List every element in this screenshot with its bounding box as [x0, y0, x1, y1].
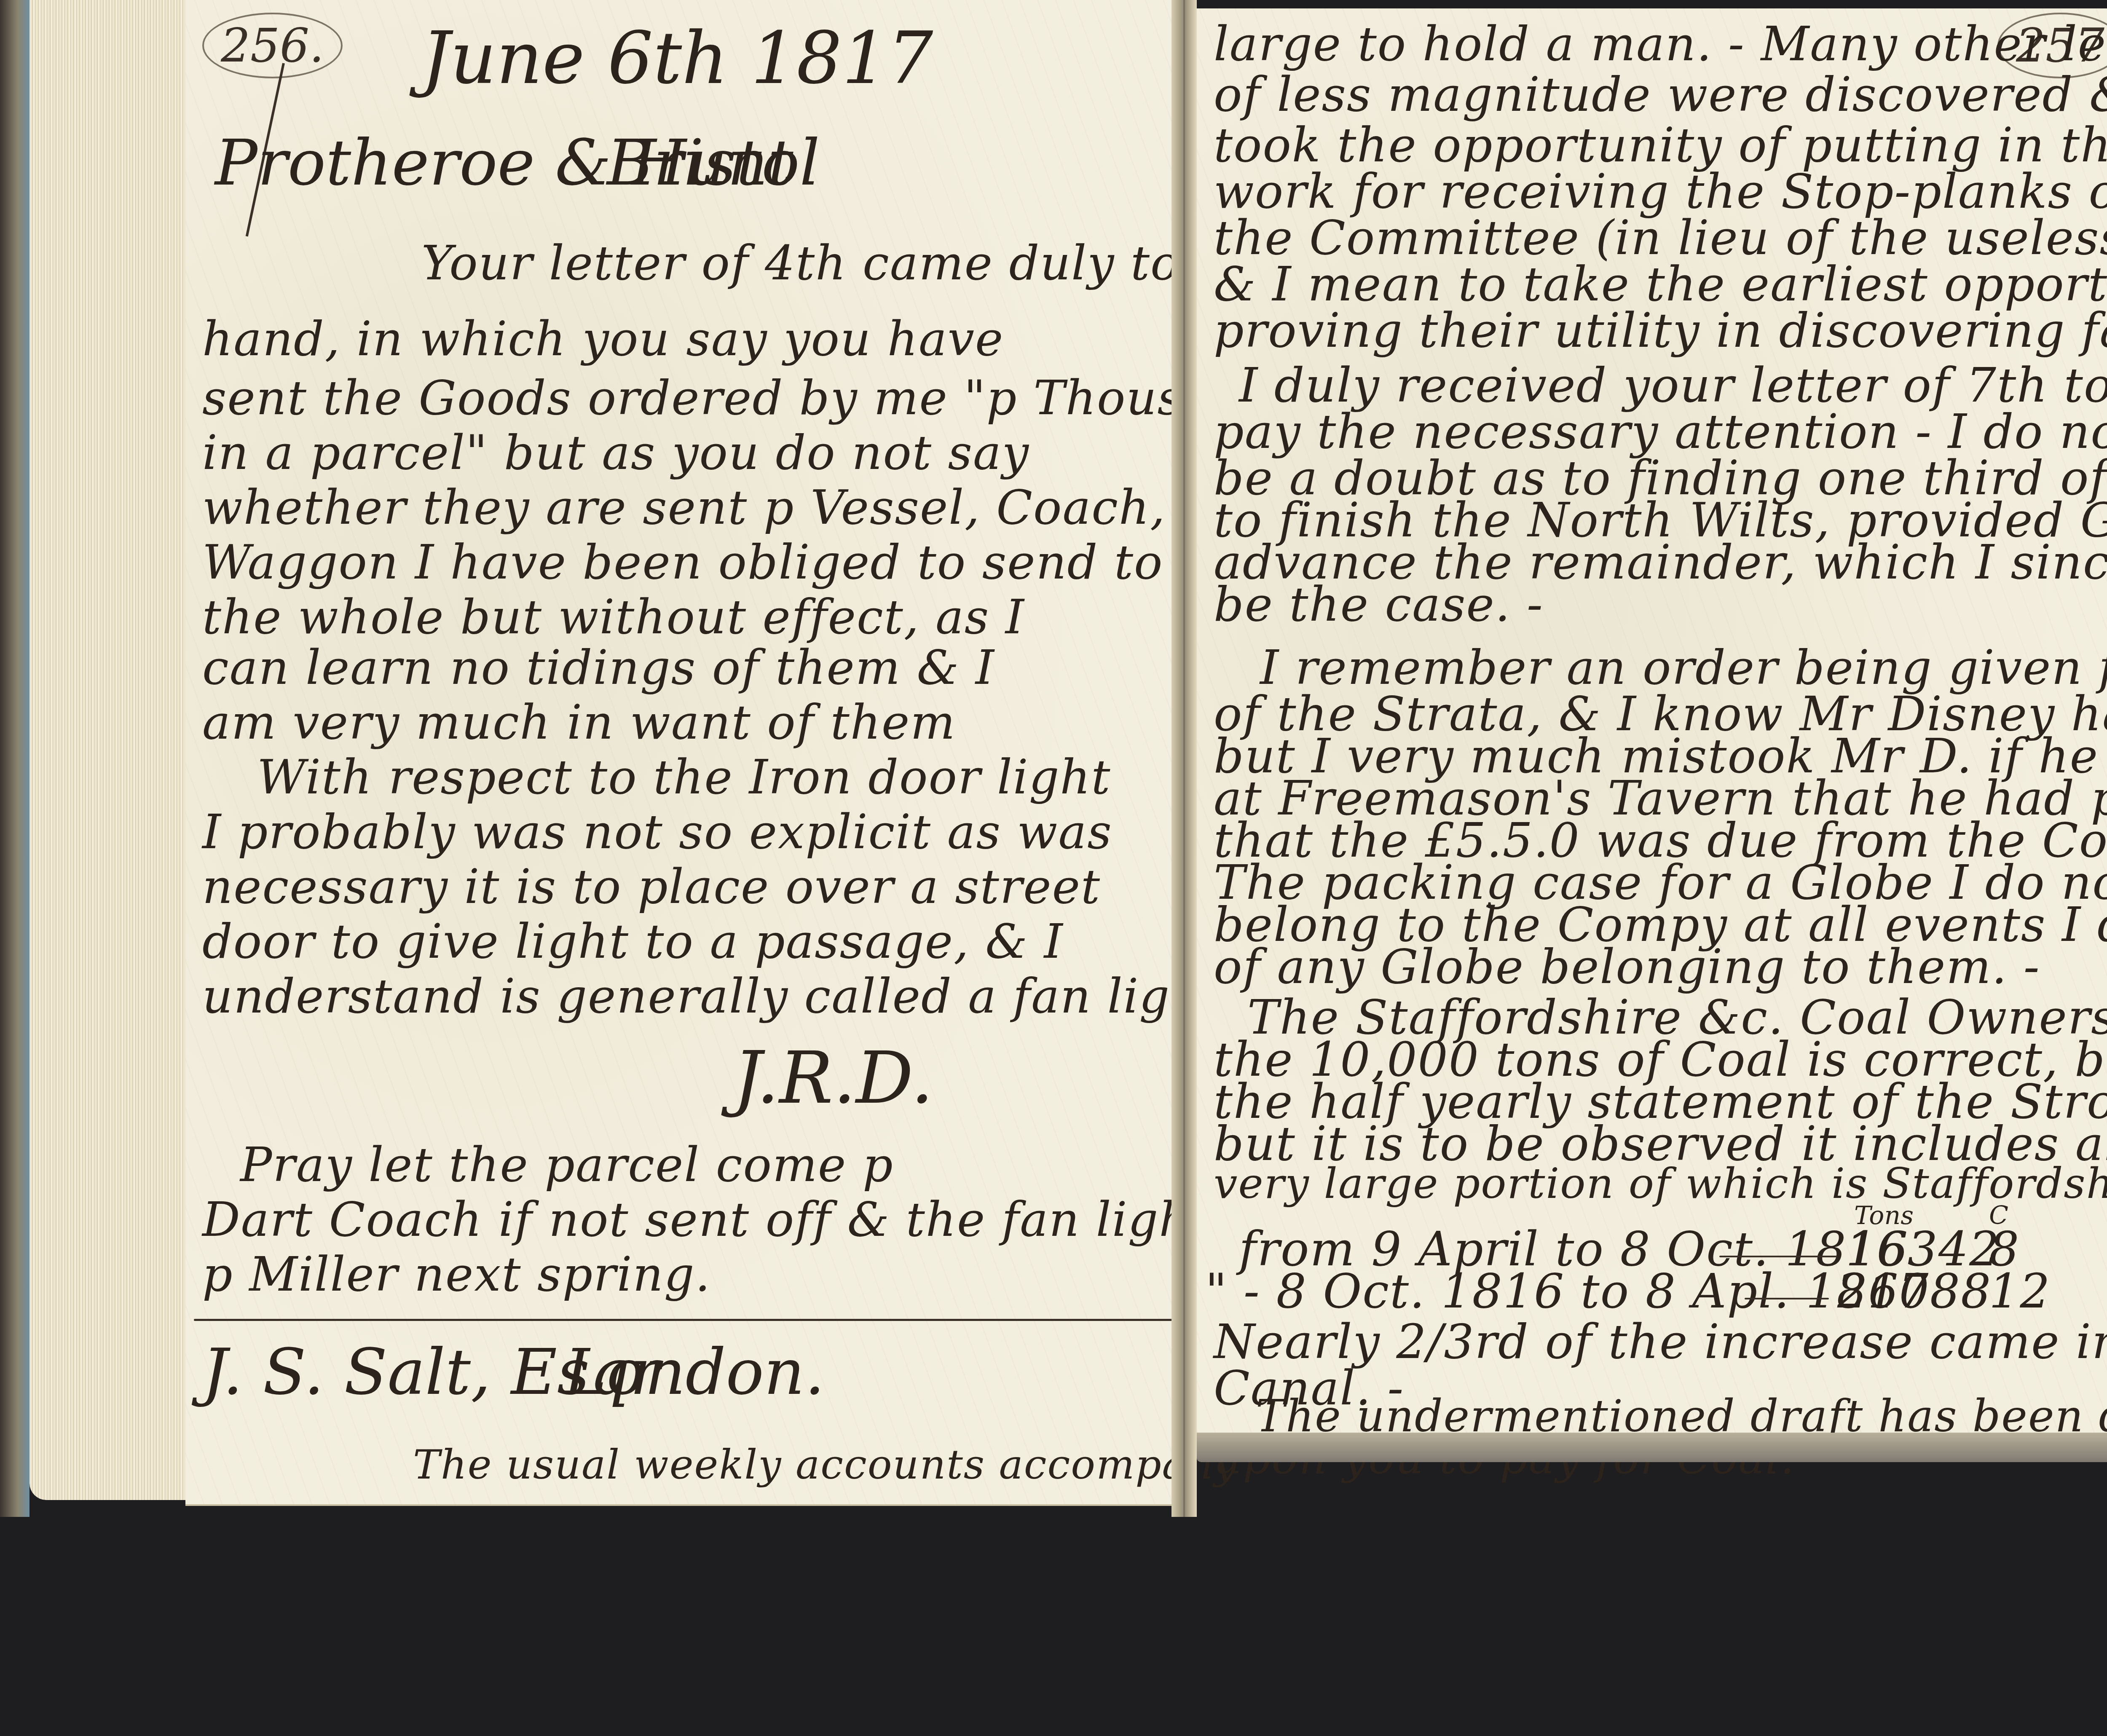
letter-line: understand is generally called a fan lig…	[202, 969, 1221, 1024]
book-gutter	[1171, 0, 1197, 1517]
separator-rule	[194, 1319, 1180, 1321]
signature-jrd-1: J.R.D.	[733, 1037, 933, 1120]
letter-date: June 6th 1817	[421, 17, 933, 100]
page-edges-stack	[29, 0, 185, 1500]
leader-rule	[1719, 1256, 1837, 1257]
letter-line: whether they are sent p Vessel, Coach, o…	[202, 480, 1234, 535]
letter-line: I probably was not so explicit as was	[202, 805, 1112, 860]
table-row-tons: 26088	[1837, 1264, 1992, 1319]
letter-line: Your letter of 4th came duly to	[421, 236, 1179, 291]
letter-line: am very much in want of them	[202, 695, 956, 750]
postscript-line: Pray let the parcel come p	[240, 1138, 894, 1192]
letter-line: The usual weekly accounts accompany	[413, 1441, 1238, 1488]
letter-line: of any Globe belonging to them. -	[1214, 940, 2040, 994]
book-bottom-edge	[1197, 1433, 2107, 1462]
letter-line: hand, in which you say you have	[202, 312, 1004, 367]
place-1: Bristol	[607, 126, 820, 200]
letter-line: in a parcel" but as you do not say	[202, 426, 1029, 480]
postscript-line: p Miller next spring.	[202, 1247, 711, 1302]
letter-line: door to give light to a passage, & I	[202, 914, 1064, 969]
letter-line: necessary it is to place over a street	[202, 860, 1101, 914]
letter-line: With respect to the Iron door light	[257, 750, 1111, 805]
letter-line: of less magnitude were discovered & repa…	[1214, 67, 2107, 122]
letter-line: be the case. -	[1214, 577, 1544, 632]
letter-line: can learn no tidings of them & I	[202, 640, 995, 695]
leader-rule	[1745, 1298, 1829, 1299]
postscript-line: Dart Coach if not sent off & the fan lig…	[202, 1192, 1210, 1247]
letter-line: the whole but without effect, as I	[202, 590, 1025, 645]
left-page: 256. June 6th 1817 Protheroe & Hunt Bris…	[185, 0, 1180, 1506]
right-page: 257 large to hold a man. - Many other le…	[1197, 8, 2107, 1433]
letter-line: very large portion of which is Staffords…	[1214, 1159, 2107, 1208]
table-row-cwt: 12	[1989, 1264, 2051, 1319]
letter-line: Canal. -	[1214, 1361, 1404, 1416]
table-row-period: " - 8 Oct. 1816 to 8 Apl. 1817	[1205, 1264, 1929, 1319]
letter-line: proving their utility in discovering fau…	[1214, 303, 2107, 358]
page-number-left: 256.	[202, 13, 343, 78]
letter-line: Waggon I have been obliged to send to	[202, 535, 1163, 590]
book-cover-left	[0, 0, 29, 1517]
letter-line: sent the Goods ordered by me "p Thous	[202, 371, 1182, 426]
letter-line: large to hold a man. - Many other leakag…	[1214, 17, 2107, 72]
place-2: London.	[565, 1336, 825, 1409]
open-letter-book: 256. June 6th 1817 Protheroe & Hunt Bris…	[0, 0, 2107, 1736]
